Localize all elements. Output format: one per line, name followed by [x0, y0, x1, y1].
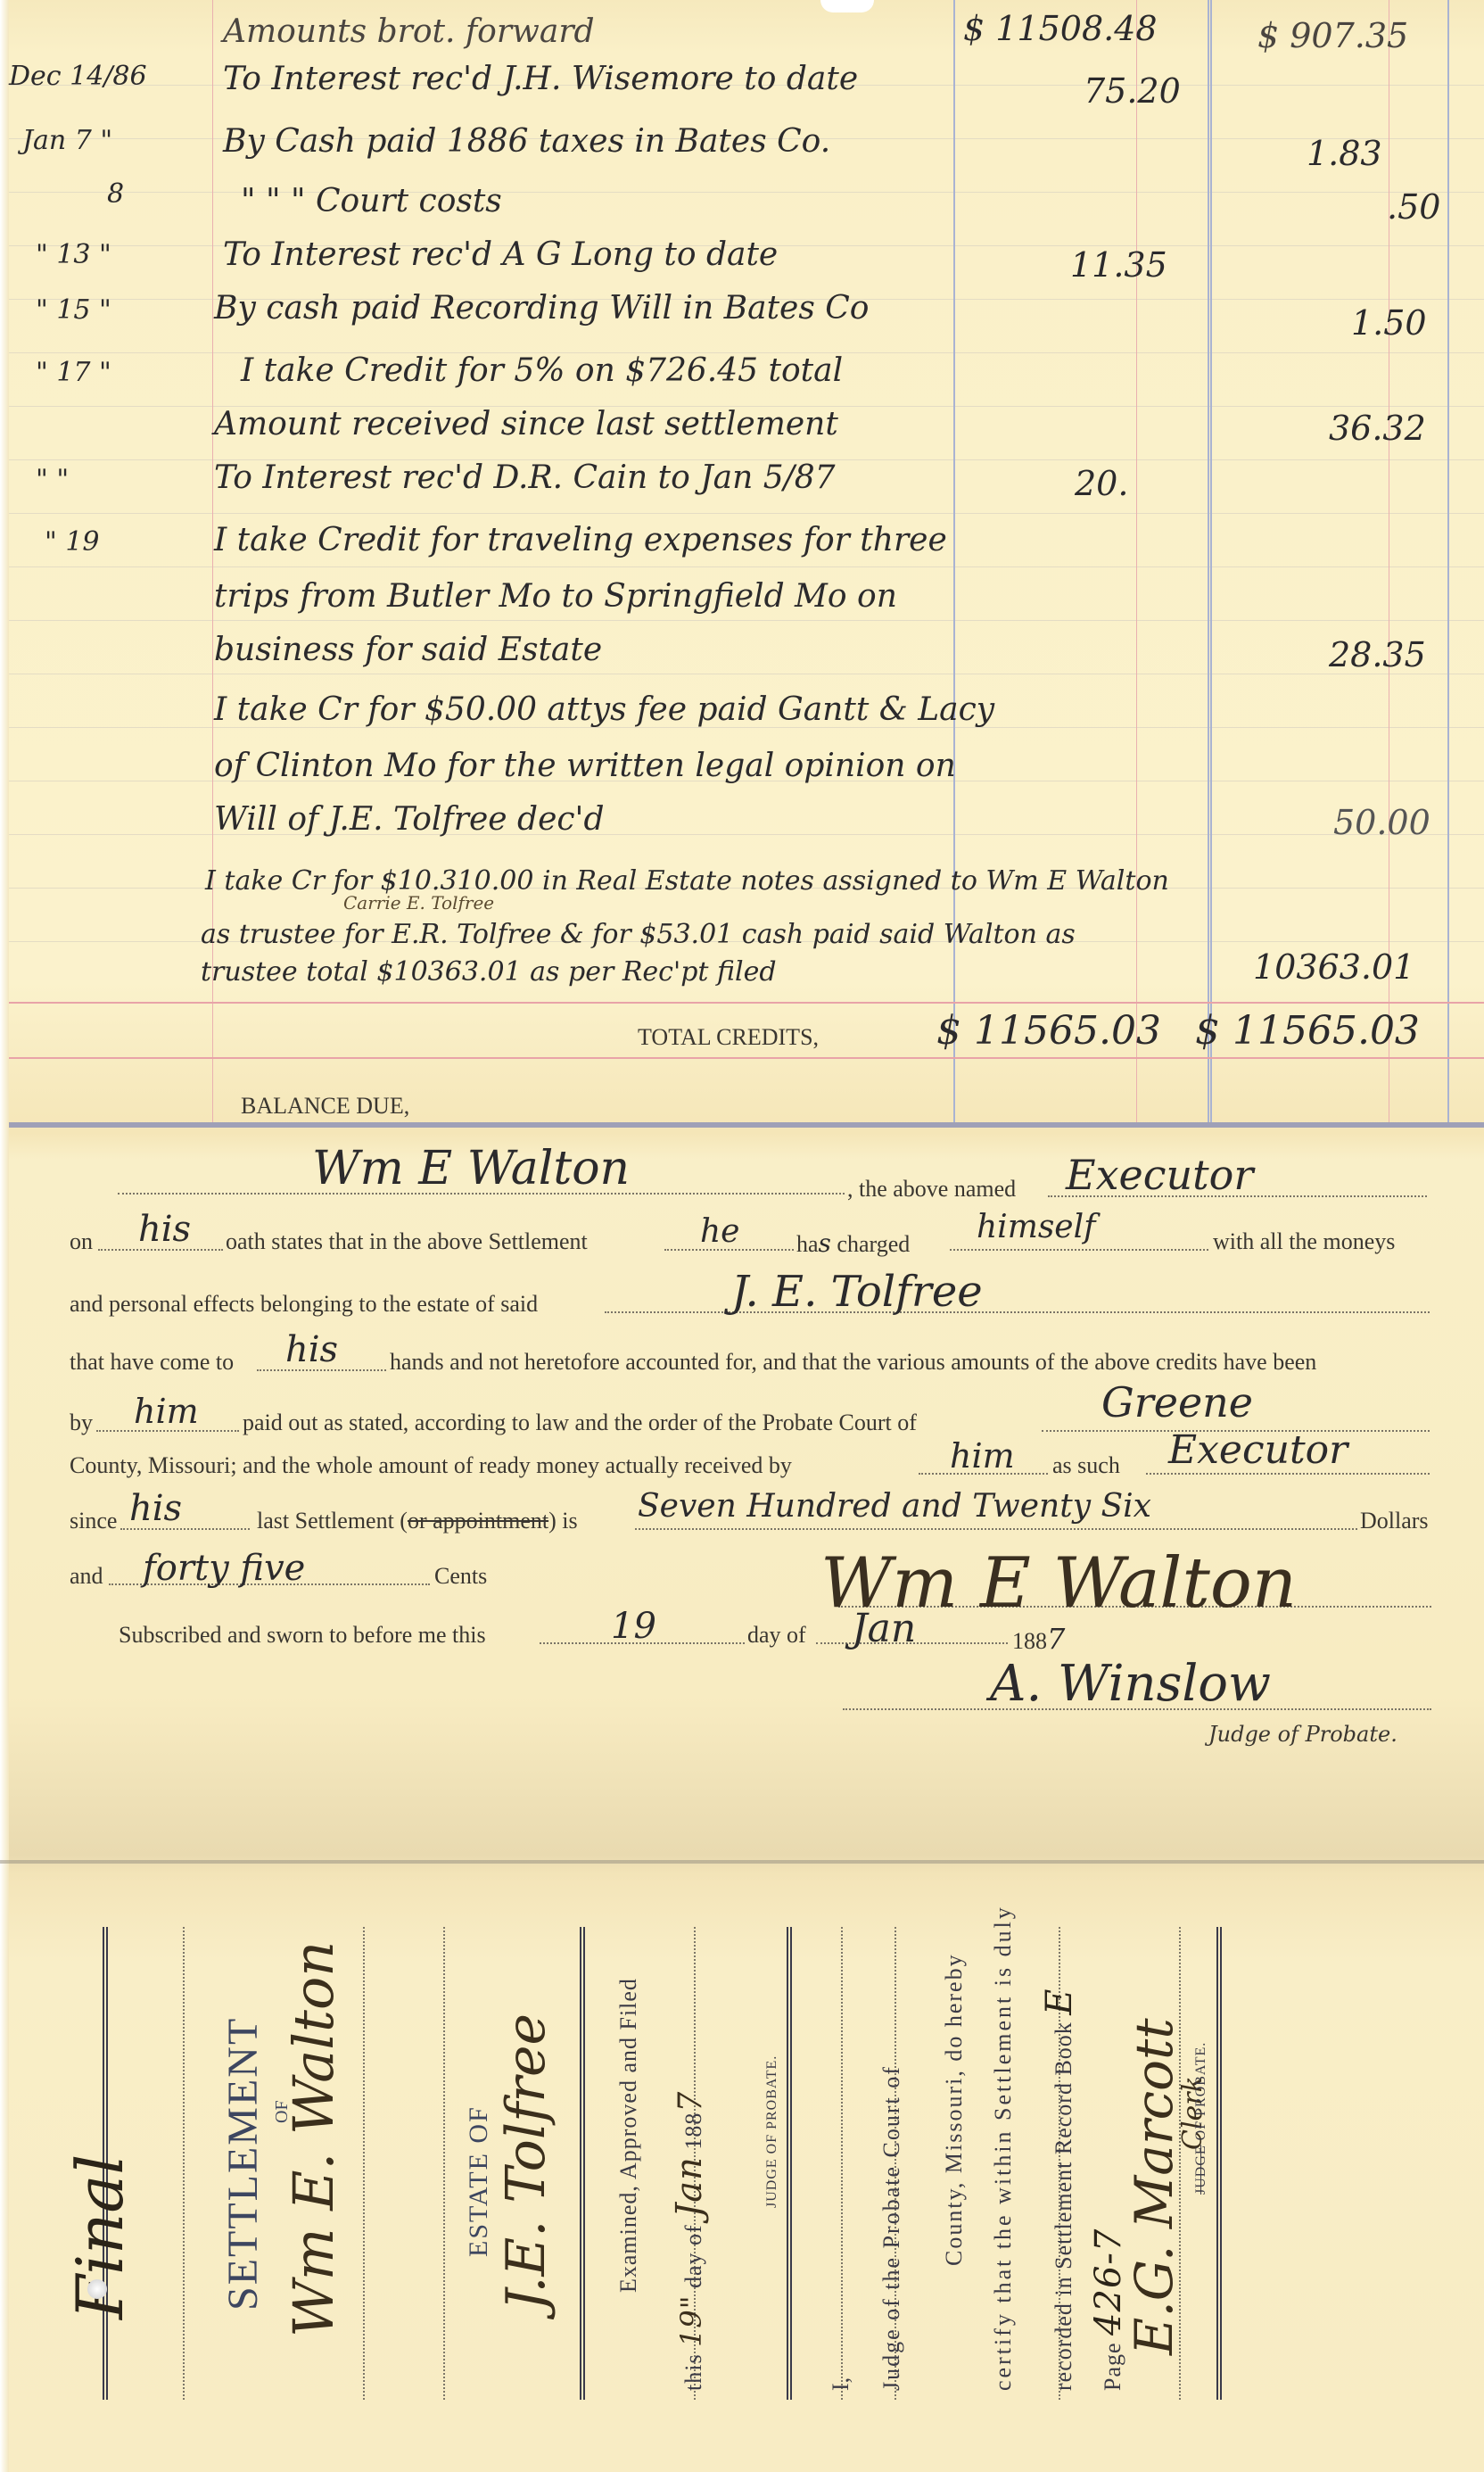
brass-fastener [87, 2279, 107, 2299]
entry-text: Will of J.E. Tolfree dec'd [214, 801, 604, 838]
total-credits-label: TOTAL CREDITS, [638, 1024, 819, 1051]
county-missouri-hereby: County, Missouri, do hereby [941, 1953, 968, 2266]
entry-debit: 11.35 [1070, 245, 1167, 285]
with-all-text: with all the moneys [1213, 1228, 1395, 1255]
sworn-day: 19 [611, 1606, 656, 1647]
i-label: I, [828, 2377, 854, 2391]
pronoun-he: he [700, 1213, 740, 1250]
total-debit: $ 11565.03 [936, 1008, 1161, 1054]
cents-label: Cents [434, 1563, 487, 1590]
by-label: by [70, 1410, 93, 1436]
entry-text: Amount received since last settlement [214, 406, 838, 442]
above-named-text: , the above named [847, 1176, 1016, 1203]
entry-text: " " " Court costs [241, 183, 502, 219]
of-probate-caption: OF PROBATE. [1193, 2042, 1208, 2141]
pronoun-his-2: his [285, 1329, 338, 1370]
entry-text: trustee total $10363.01 as per Rec'pt fi… [201, 956, 777, 988]
himself: himself [977, 1209, 1095, 1245]
struck-judge: JUDGE [1193, 2145, 1208, 2195]
judge-of-probate-caption: JUDGE OF PROBATE. [764, 2055, 780, 2208]
entry-date: " 15 " [36, 294, 111, 326]
entry-text: I take Credit for 5% on $726.45 total [241, 352, 843, 389]
estate-of-label: ESTATE OF [464, 2105, 494, 2257]
cents-words: forty five [143, 1548, 305, 1589]
entry-credit: 28.35 [1329, 635, 1426, 674]
on-label: on [70, 1228, 93, 1255]
settlement-title: SETTLEMENT [218, 2017, 268, 2311]
examined-text: Examined, Approved and Filed [615, 1978, 642, 2293]
year-prefix: 188 [1012, 1628, 1047, 1654]
this-label: this [680, 2353, 706, 2391]
endorsement-panel: Final SETTLEMENT OF Wm E. Walton ESTATE … [0, 1927, 1484, 2400]
entry-text: To Interest rec'd D.R. Cain to Jan 5/87 [214, 459, 836, 496]
pronoun-his-3: his [129, 1488, 182, 1529]
recorded-text: recorded in Settlement Record Book [1051, 2021, 1076, 2391]
subscribed-text: Subscribed and sworn to before me this [119, 1622, 486, 1649]
entry-text: I take Cr for $50.00 attys fee paid Gant… [214, 691, 994, 728]
paid-out-text: paid out as stated, according to law and… [243, 1410, 917, 1436]
entry-credit: 1.83 [1307, 134, 1382, 173]
filed-day: 19" [674, 2294, 708, 2346]
as-such-text: as such [1052, 1452, 1120, 1479]
day-of-label: day of [680, 2224, 706, 2288]
judge-of-court-text: Judge of the Probate Court of [878, 2065, 905, 2391]
entry-text: as trustee for E.R. Tolfree & for $53.01… [201, 919, 1076, 950]
charged-label: charged [837, 1231, 910, 1257]
entry-date: Dec 14/86 [9, 61, 147, 92]
amount-words: Seven Hundred and Twenty Six [638, 1488, 1151, 1525]
county-name: Greene [1101, 1378, 1253, 1426]
has-s: s [819, 1228, 831, 1258]
entry-text: To Interest rec'd A G Long to date [223, 236, 778, 273]
estate-name: J.E. Tolfree [495, 2013, 557, 2311]
hands-text: hands and not heretofore accounted for, … [390, 1349, 1316, 1376]
certify-text: certify that the within Settlement is du… [990, 1905, 1017, 2391]
entry-debit: 75.20 [1084, 71, 1181, 111]
brought-forward-credit: $ 907.35 [1257, 16, 1408, 55]
torn-edge [820, 0, 874, 12]
decedent-name: J. E. Tolfree [731, 1267, 983, 1317]
entry-credit: .50 [1387, 187, 1440, 227]
is-text: ) is [548, 1508, 578, 1534]
interline-note: Carrie E. Tolfree [343, 892, 494, 914]
pronoun-him: him [134, 1392, 199, 1431]
entry-date: 8 [107, 178, 124, 210]
entry-text: By Cash paid 1886 taxes in Bates Co. [223, 123, 830, 160]
executor-role: Executor [1066, 1151, 1253, 1199]
and-label: and [70, 1563, 103, 1590]
judge-of-probate-label: Judge of Probate. [1208, 1722, 1397, 1747]
entry-text: of Clinton Mo for the written legal opin… [214, 748, 956, 784]
pronoun-him-2: him [950, 1436, 1015, 1476]
page-fold [0, 1860, 1484, 1864]
pronoun-his: his [138, 1209, 191, 1250]
or-appointment-struck: or appointment [408, 1508, 548, 1534]
dollars-label: Dollars [1360, 1508, 1429, 1534]
entry-date: Jan 7 " [22, 125, 112, 156]
entry-date: " 19 [45, 526, 100, 558]
year-suffix: 7 [1047, 1622, 1065, 1656]
entry-credit: 36.32 [1329, 409, 1426, 448]
have-come-text: that have come to [70, 1349, 234, 1376]
entry-text: By cash paid Recording Will in Bates Co [214, 290, 869, 327]
entry-date: " 17 " [36, 357, 111, 388]
entry-credit: 1.50 [1351, 303, 1427, 343]
section-separator [9, 1122, 1484, 1128]
record-book: E [1039, 1988, 1080, 2015]
entry-debit: 20. [1075, 464, 1128, 503]
entry-text: I take Credit for traveling expenses for… [214, 522, 947, 558]
executor-role-2: Executor [1168, 1427, 1348, 1473]
brought-forward-debit: $ 11508.48 [963, 9, 1158, 48]
balance-due-label: BALANCE DUE, [241, 1093, 409, 1120]
day-of-text: day of [747, 1622, 806, 1649]
entry-text: business for said Estate [214, 632, 602, 668]
executor-name: Wm E Walton [312, 1142, 630, 1195]
entry-date: " " [36, 464, 69, 495]
has-label: ha [796, 1231, 819, 1257]
judge-signature: A. Winslow [990, 1655, 1271, 1713]
filed-year-suffix: 7 [672, 2091, 709, 2112]
page-label: Page [1100, 2342, 1125, 2391]
total-credit: $ 11565.03 [1195, 1008, 1420, 1054]
since-label: since [70, 1508, 117, 1534]
filed-year-prefix: 188 [680, 2112, 706, 2150]
entry-credit: 50.00 [1333, 803, 1430, 842]
brought-forward-label: Amounts brot. forward [223, 13, 595, 50]
entry-text: trips from Butler Mo to Springfield Mo o… [214, 578, 897, 615]
county-missouri-text: County, Missouri; and the whole amount o… [70, 1452, 792, 1479]
last-settlement-text: last Settlement ( [257, 1508, 408, 1534]
personal-effects-text: and personal effects belonging to the es… [70, 1291, 538, 1318]
entry-date: " 13 " [36, 239, 111, 270]
clerk-signature: E.G. Marcott [1124, 2018, 1184, 2355]
oath-text: oath states that in the above Settlement [226, 1228, 588, 1255]
entry-credit: 10363.01 [1253, 947, 1414, 987]
entry-text: To Interest rec'd J.H. Wisemore to date [223, 61, 858, 97]
filed-month: Jan [669, 2156, 710, 2218]
sworn-month: Jan [852, 1606, 916, 1651]
settlement-of-name: Wm E. Walton [281, 1941, 346, 2337]
